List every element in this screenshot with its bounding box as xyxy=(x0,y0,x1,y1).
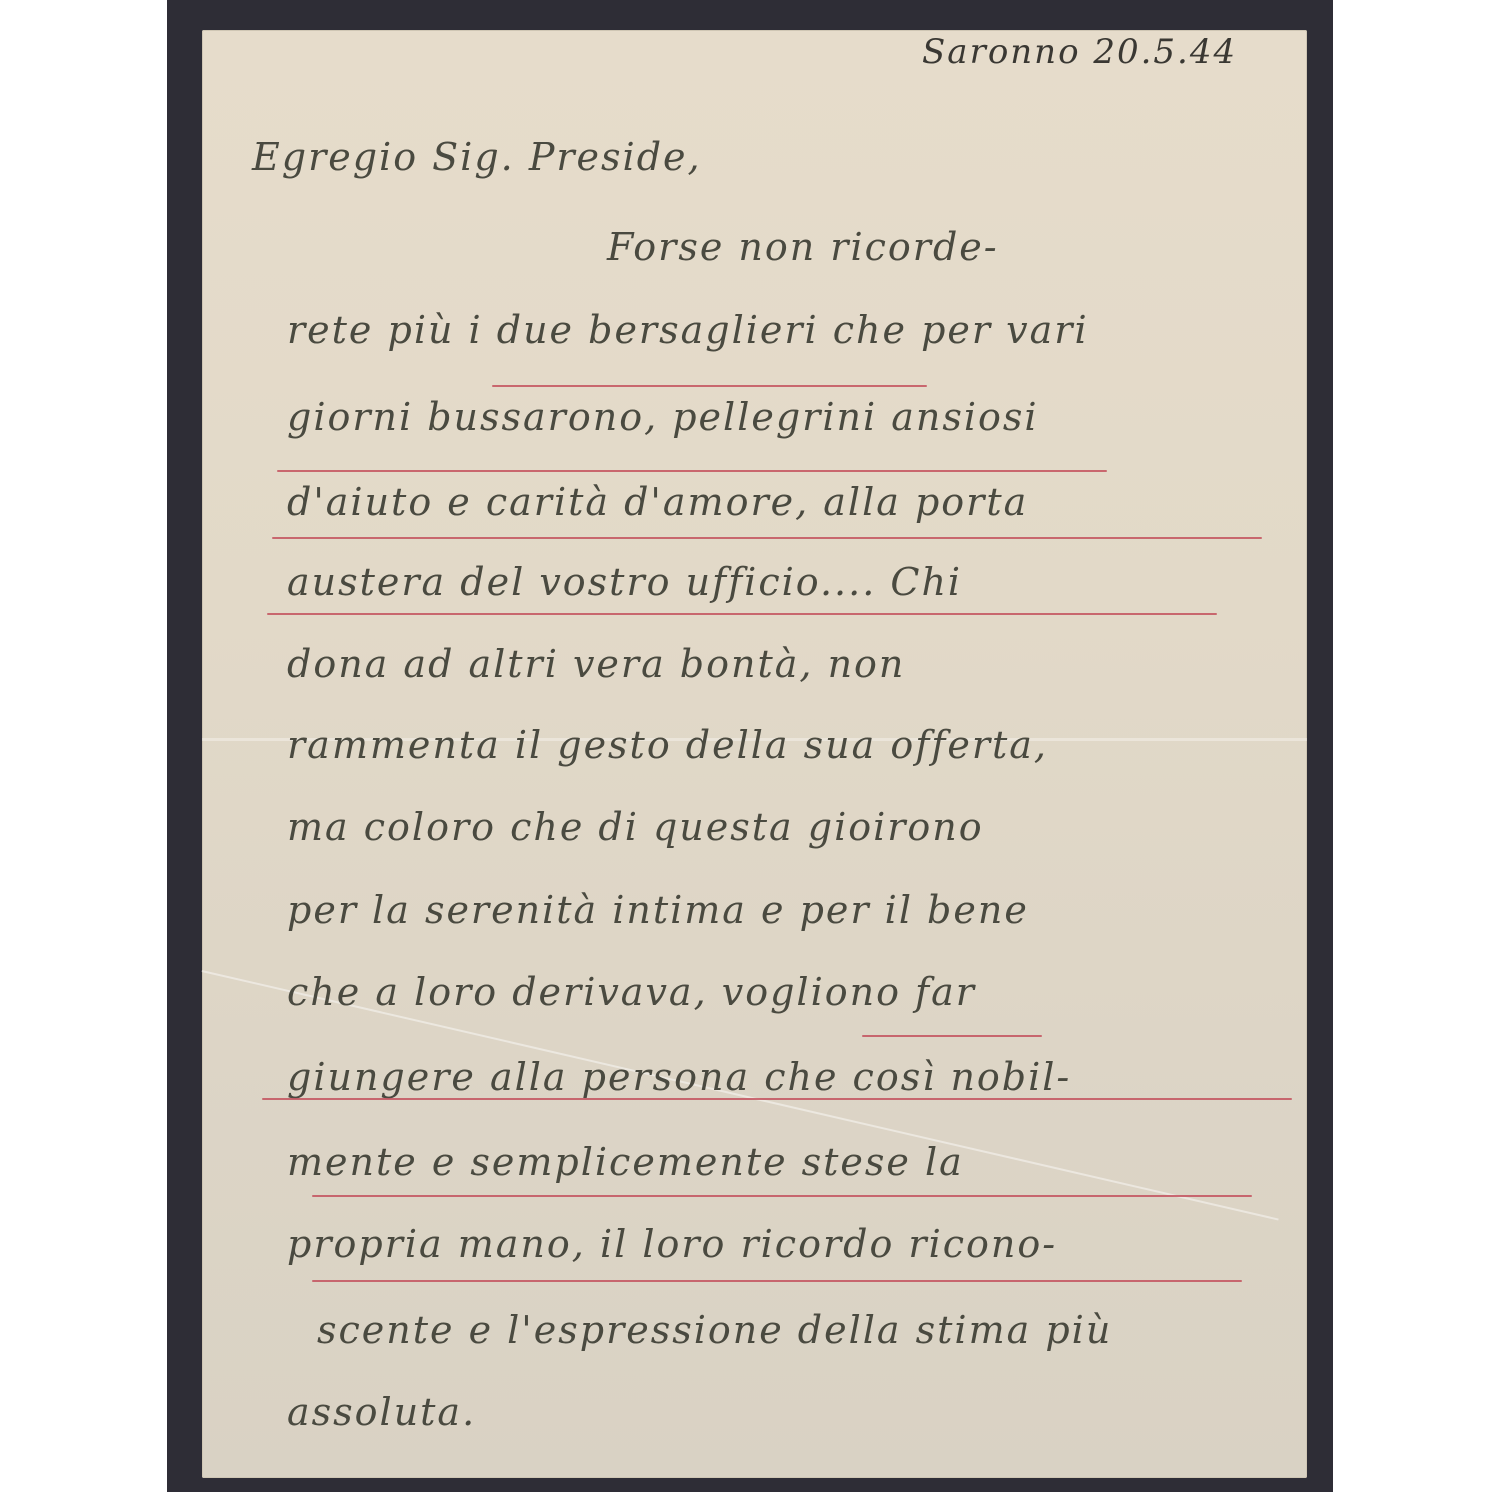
letter-line-15: assoluta. xyxy=(287,1390,476,1434)
letter-line-12: mente e semplicemente stese la xyxy=(287,1140,964,1184)
letter-line-4: d'aiuto e carità d'amore, alla porta xyxy=(287,480,1028,524)
letter-line-8: ma coloro che di questa gioirono xyxy=(287,805,984,849)
letter-line-6: dona ad altri vera bontà, non xyxy=(287,642,905,686)
letter-line-11: giungere alla persona che così nobil- xyxy=(287,1055,1071,1099)
letter-line-10: che a loro derivava, vogliono far xyxy=(287,970,976,1014)
underline-red xyxy=(277,470,1107,472)
salutation: Egregio Sig. Preside, xyxy=(252,135,702,179)
underline-red xyxy=(272,537,1262,539)
place-date: Saronno 20.5.44 xyxy=(922,32,1237,72)
letter-line-9: per la serenità intima e per il bene xyxy=(287,888,1029,932)
letter-line-14: scente e l'espressione della stima più xyxy=(317,1308,1112,1352)
letter-line-1: Forse non ricorde- xyxy=(607,225,999,269)
letter-line-3: giorni bussarono, pellegrini ansiosi xyxy=(287,395,1039,439)
letter-line-2: rete più i due bersaglieri che per vari xyxy=(287,308,1089,352)
letter-line-7: rammenta il gesto della sua offerta, xyxy=(287,723,1048,767)
letter-line-5: austera del vostro ufficio.... Chi xyxy=(287,560,962,604)
letter-paper: Saronno 20.5.44 Egregio Sig. Preside, Fo… xyxy=(202,30,1307,1478)
letter-line-13: propria mano, il loro ricordo ricono- xyxy=(287,1222,1057,1266)
underline-red xyxy=(267,613,1217,615)
underline-red xyxy=(312,1195,1252,1197)
underline-red xyxy=(262,1098,1292,1100)
underline-red xyxy=(492,385,927,387)
underline-red xyxy=(862,1035,1042,1037)
underline-red xyxy=(312,1280,1242,1282)
